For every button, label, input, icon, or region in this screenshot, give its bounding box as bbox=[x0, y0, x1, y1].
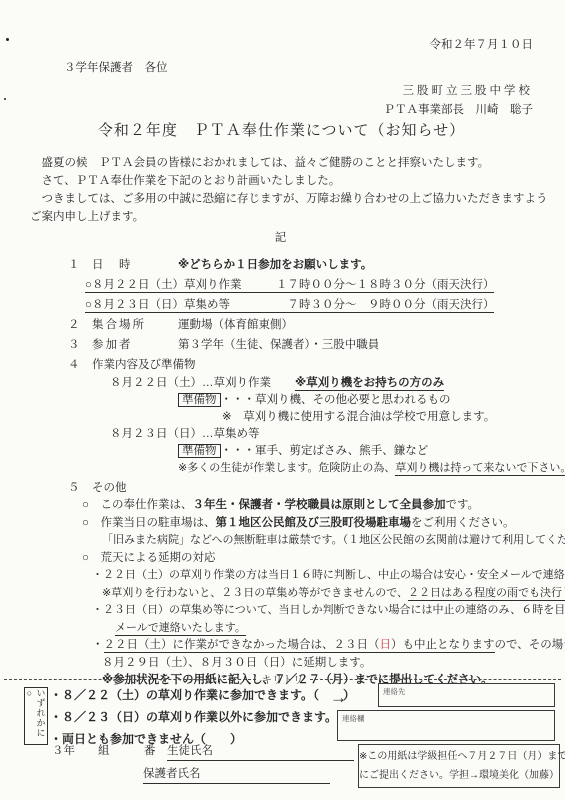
red-sunday-char: 日 bbox=[380, 639, 392, 653]
document-date: 令和２年７月１０日 bbox=[30, 36, 533, 54]
item-number: ３ bbox=[68, 335, 92, 355]
other-bullet-3: ○ 荒天による延期の対応 bbox=[30, 550, 533, 568]
other-bullet-2-line2: 「旧みまた病院」などへの無断駐車は厳禁です。（１地区公民館の玄関前は避けて利用し… bbox=[30, 532, 533, 550]
item-number: ４ bbox=[68, 355, 92, 375]
schedule-line-1: ○８月２２日（土）草刈り作業 １７時００分～１８時３０分（雨天決行） bbox=[30, 275, 533, 295]
prep-box-label: 準備物 bbox=[178, 444, 221, 458]
scan-speck bbox=[6, 38, 9, 41]
day1-subnote: ※ 草刈り機に使用する混合油は学校で用意します。 bbox=[30, 409, 533, 426]
day1-note: ※草刈り機をお持ちの方のみ bbox=[295, 377, 444, 391]
item-label: 日 時 bbox=[92, 255, 178, 275]
item-5-heading: ５その他 bbox=[30, 479, 533, 497]
note-line-2: にご提出ください。学担→環境美化（加藤） bbox=[359, 766, 559, 785]
item-label: 作業内容及び準備物 bbox=[92, 359, 196, 371]
document-title: 令和２年度 ＰＴＡ奉仕作業について（お知らせ） bbox=[30, 122, 533, 140]
day1-prep-line: 準備物・・・草刈り機、その他必要と思われるもの bbox=[30, 392, 533, 409]
postpone-line-3: ・２３日（日）の草集め等について、当日しか判断できない場合には中止の連絡のみ、６… bbox=[30, 602, 533, 620]
grade-class-number-row: ３年 組 番 生徒氏名 bbox=[52, 742, 354, 761]
sender-person: ＰＴＡ事業部長 川崎 聡子 bbox=[30, 101, 533, 119]
submission-note-box: ※この用紙は学級担任へ７月２７日（月）まで にご提出ください。学担→環境美化（加… bbox=[358, 744, 560, 788]
prep-box-label: 準備物 bbox=[178, 393, 221, 407]
day1-line: ８月２２日（土）…草刈り作業※草刈り機をお持ちの方のみ bbox=[30, 375, 533, 392]
sender-school: 三股町立三股中学校 bbox=[30, 82, 533, 100]
reply-form: いずれかに○ ・８／２２（土）の草刈り作業に参加できます。（ ） ・８／２３（日… bbox=[0, 680, 565, 800]
postpone-line-4: ・２２日（土）に作業ができなかった場合は、２３日（日）も中止となりますので、その… bbox=[30, 637, 533, 655]
item-value: 運動場（体育館東側） bbox=[178, 319, 293, 331]
schedule-line-2: ○８月２３日（日）草集め等 ７時３０分～ ９時００分（雨天決行） bbox=[30, 295, 533, 315]
choice-instruction-box: いずれかに○ bbox=[24, 687, 48, 745]
day2-prep-line: 準備物・・・軍手、剪定ばさみ、熊手、鎌など bbox=[30, 443, 533, 460]
other-bullet-2: ○ 作業当日の駐車場は、第１地区公民館及び三股町役場駐車場をご利用ください。 bbox=[30, 515, 533, 533]
postpone-line-2: ※草刈りを行わないと、２３日の草集め等ができませんので、２２日はある程度の雨でも… bbox=[30, 585, 533, 603]
contact-field-box: 連絡先 bbox=[378, 683, 555, 707]
item-number: ５ bbox=[68, 479, 92, 497]
document-page: 令和２年７月１０日 ３学年保護者 各位 三股町立三股中学校 ＰＴＡ事業部長 川崎… bbox=[0, 0, 565, 800]
item-value: 第３学年（生徒、保護者）・三股中職員 bbox=[178, 339, 379, 351]
student-name-field: 生徒氏名 bbox=[167, 742, 354, 761]
postpone-line-3b: メールで連絡いたします。 bbox=[30, 620, 533, 638]
item-label: その他 bbox=[92, 482, 127, 494]
guardian-name-row: 保護者氏名 bbox=[143, 765, 330, 784]
item-1-heading: １日 時※どちらか１日参加をお願いします。 bbox=[30, 255, 533, 275]
day2-line: ８月２３日（日）…草集め等 bbox=[30, 426, 533, 443]
scan-speck bbox=[4, 98, 6, 100]
other-bullet-1: ○ この奉仕作業は、３年生・保護者・学校職員は原則として全員参加です。 bbox=[30, 497, 533, 515]
arrow-icon: → bbox=[330, 688, 347, 708]
note-line-1: ※この用紙は学級担任へ７月２７日（月）まで bbox=[359, 747, 559, 766]
option-823: ・８／２３（日）の草刈り作業以外に参加できます。（ ） bbox=[50, 706, 379, 728]
greeting-paragraph: つきましては、ご多用の中誠に恐縮に存じますが、万障お繰り合わせの上ご協力いただき… bbox=[30, 190, 533, 208]
postpone-line-1: ・２２日（土）の草刈り作業の方は当日１６時に判断し、中止の場合は安心・安全メール… bbox=[30, 567, 533, 585]
greeting-paragraph: 盛夏の候 ＰＴＡ会員の皆様におかれましては、益々ご健勝のことと拝察いたします。 bbox=[30, 154, 533, 172]
item-3: ３参加者第３学年（生徒、保護者）・三股中職員 bbox=[30, 335, 533, 355]
greeting-paragraph: さて、ＰＴＡ奉仕作業を下記のとおり計画いたしました。 bbox=[30, 172, 533, 190]
day2-warning: ※多くの生徒が作業します。危険防止の為、草刈り機は持って来ないで下さい。 bbox=[30, 460, 533, 477]
remarks-field-label: 連絡欄 bbox=[338, 711, 554, 724]
postpone-line-4b: ８月２９日（土）、８月３０日（日）に延期します。 bbox=[30, 655, 533, 673]
remarks-field-box: 連絡欄 bbox=[337, 710, 555, 741]
guardian-name-field: 保護者氏名 bbox=[143, 765, 330, 784]
item-number: ２ bbox=[68, 315, 92, 335]
record-mark: 記 bbox=[30, 229, 533, 247]
item-number: １ bbox=[68, 255, 92, 275]
item-1-note: ※どちらか１日参加をお願いします。 bbox=[178, 259, 372, 271]
item-label: 参加者 bbox=[92, 335, 178, 355]
item-4-heading: ４作業内容及び準備物 bbox=[30, 355, 533, 375]
item-label: 集合場所 bbox=[92, 315, 178, 335]
item-2: ２集合場所運動場（体育館東側） bbox=[30, 315, 533, 335]
recipient-line: ３学年保護者 各位 bbox=[30, 59, 533, 77]
greeting-paragraph: ご案内申し上げます。 bbox=[30, 208, 533, 226]
contact-field-label: 連絡先 bbox=[379, 684, 554, 697]
